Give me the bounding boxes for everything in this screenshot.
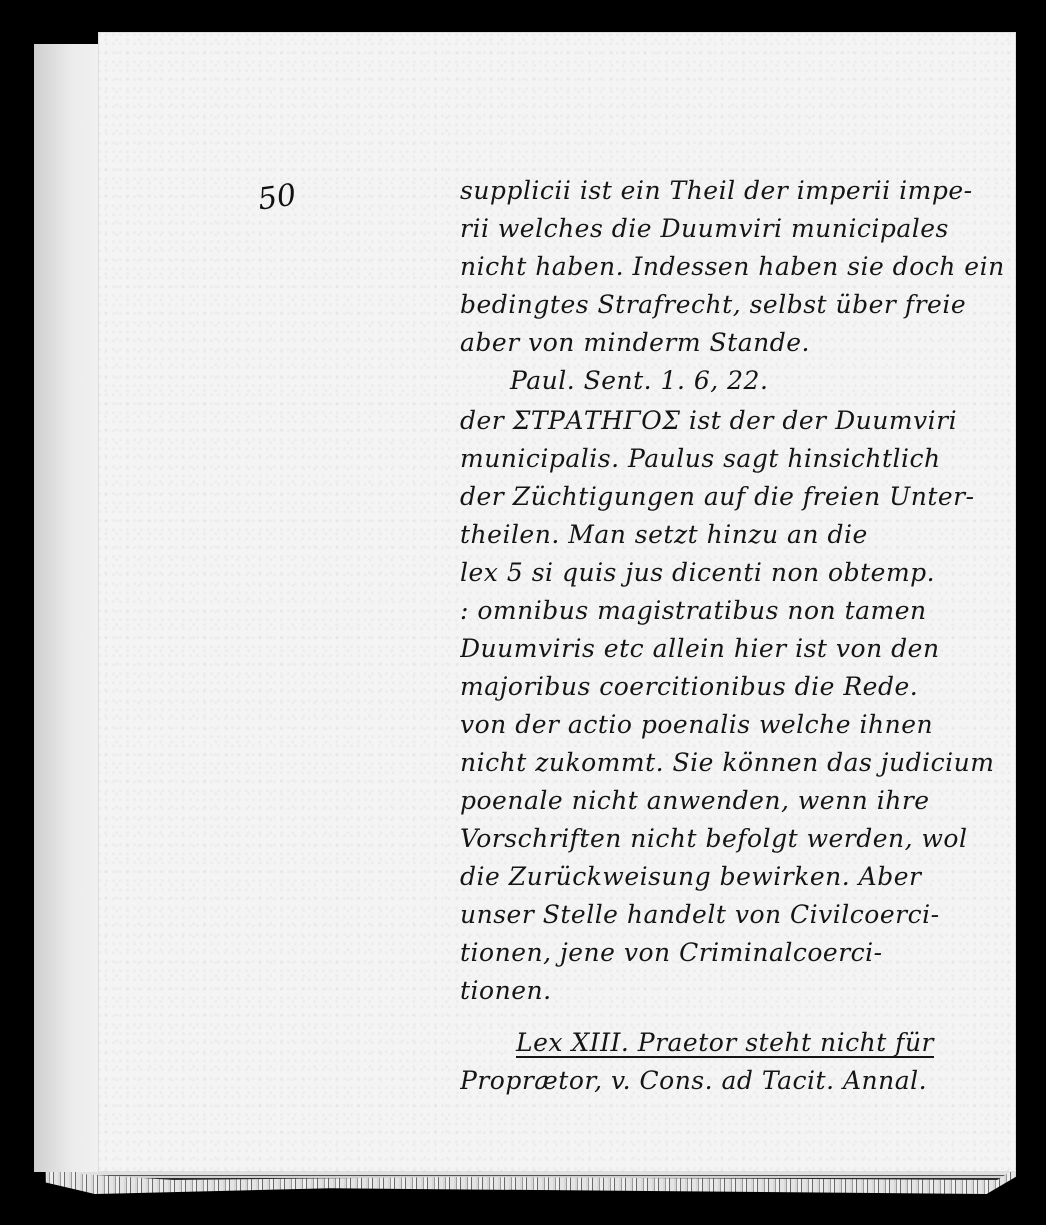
citation-line: Paul. Sent. 1. 6, 22. — [460, 362, 1020, 402]
text-line: municipalis. Paulus sagt hinsichtlich — [460, 440, 1020, 478]
text-line: aber von minderm Stande. — [460, 324, 1020, 362]
text-line: : omnibus magistratibus non tamen — [460, 592, 1020, 630]
text-line: poenale nicht anwenden, wenn ihre — [460, 782, 1020, 820]
section-heading-lex-xiii: Lex XIII. Praetor steht nicht für — [460, 1024, 1020, 1062]
text-line: lex 5 si quis jus dicenti non obtemp. — [460, 554, 1020, 592]
text-line: nicht haben. Indessen haben sie doch ein — [460, 248, 1020, 286]
text-line-underlined: von der actio poenalis welche ihnen — [460, 706, 1020, 744]
text-line: tionen, jene von Criminalcoerci- — [460, 934, 1020, 972]
text-line: rii welches die Duumviri municipales — [460, 210, 1020, 248]
manuscript-page: 50 supplicii ist ein Theil der imperii i… — [98, 32, 1016, 1172]
text-line: theilen. Man setzt hinzu an die — [460, 516, 1020, 554]
text-line: majoribus coercitionibus die Rede. — [460, 668, 1020, 706]
text-line: supplicii ist ein Theil der imperii impe… — [460, 172, 1020, 210]
page-number: 50 — [256, 178, 299, 218]
text-line: Vorschriften nicht befolgt werden, wol — [460, 820, 1020, 858]
text-line: Proprætor, v. Cons. ad Tacit. Annal. — [460, 1062, 1020, 1100]
text-line: unser Stelle handelt von Civilcoerci- — [460, 896, 1020, 934]
text-line: der Züchtigungen auf die freien Unter- — [460, 478, 1020, 516]
text-line: nicht zukommt. Sie können das judicium — [460, 744, 1020, 782]
text-line: die Zurückweisung bewirken. Aber — [460, 858, 1020, 896]
text-line: der ΣΤΡΑΤΗΓΟΣ ist der der Duumviri — [460, 402, 1020, 440]
text-line: bedingtes Strafrecht, selbst über freie — [460, 286, 1020, 324]
handwritten-text-block: supplicii ist ein Theil der imperii impe… — [460, 172, 1020, 1100]
text-line: tionen. — [460, 972, 1020, 1010]
text-line: Duumviris etc allein hier ist von den — [460, 630, 1020, 668]
